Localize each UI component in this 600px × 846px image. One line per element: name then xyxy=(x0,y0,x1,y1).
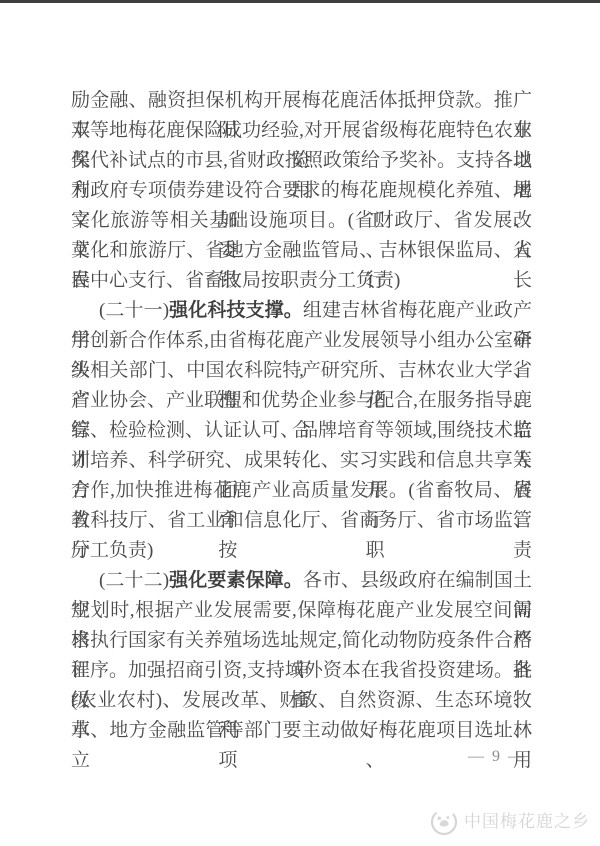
section-number: (二十二) xyxy=(99,570,169,591)
text-line: 格执行国家有关养殖场选址规定,简化动物防疫条件合格证审批 xyxy=(71,626,532,656)
text-line: 方政府专项债券建设符合要求的梅花鹿规模化养殖、屠宰加工、 xyxy=(71,176,532,206)
section-number: (二十一) xyxy=(99,300,169,321)
text-line: 丰等地梅花鹿保险成功经验,对开展省级梅花鹿特色农业保险以 xyxy=(71,116,532,146)
text-line: (二十一)强化科技支撑。组建吉林省梅花鹿产业政产学研 xyxy=(71,296,532,326)
text-line: 级相关部门、中国农科院特产研究所、吉林农业大学、省梅花鹿 xyxy=(71,356,532,386)
page-number: — 9 — xyxy=(468,748,526,766)
watermark-text: 中国梅花鹿之乡 xyxy=(464,808,590,836)
text-line: 用创新合作体系,由省梅花鹿产业发展领导小组办公室牵头,省 xyxy=(71,326,532,356)
text-line: 才培养、科学研究、成果转化、实习实践和信息共享等方面开展 xyxy=(71,446,532,476)
section-heading: 强化科技支撑。 xyxy=(169,300,303,321)
text-line: (农业农村)、发展改革、财政、自然资源、生态环境、水利、林 xyxy=(71,686,532,716)
text-line: 文化旅游等相关基础设施项目。(省财政厅、省发展改革委、省 xyxy=(71,206,532,236)
page-top-border xyxy=(0,0,600,3)
text-line: 管、检验检测、认证认可、品牌培育等领域,围绕技术培训、人 xyxy=(71,416,532,446)
text-line: 草、地方金融监管等部门要主动做好梅花鹿项目选址、立项、用 xyxy=(71,716,532,746)
text-line: 奖代补试点的市县,省财政按照政策给予奖补。支持各地利用地 xyxy=(71,146,532,176)
text-line: 产业协会、产业联盟和优势企业参与配合,在服务指导、综合监 xyxy=(71,386,532,416)
document-text: 励金融、融资担保机构开展梅花鹿活体抵押贷款。推广双阳、东丰等地梅花鹿保险成功经验… xyxy=(71,86,532,746)
text-line: 励金融、融资担保机构开展梅花鹿活体抵押贷款。推广双阳、东 xyxy=(71,86,532,116)
text-line: 合作,加快推进梅花鹿产业高质量发展。(省畜牧局、省教育厅、 xyxy=(71,476,532,506)
text-line: 规划时,根据产业发展需要,保障梅花鹿产业发展空间需求。严 xyxy=(71,596,532,626)
watermark: 中国梅花鹿之乡 xyxy=(430,808,590,836)
text-line: 文化和旅游厅、省地方金融监管局、吉林银保监局、人民银行长 xyxy=(71,236,532,266)
section-heading: 强化要素保障。 xyxy=(169,570,303,591)
text-line: 省科技厅、省工业和信息化厅、省商务厅、省市场监管厅按职责 xyxy=(71,506,532,536)
text-line: (二十二)强化要素保障。各市、县级政府在编制国土空间 xyxy=(71,566,532,596)
document-page: 励金融、融资担保机构开展梅花鹿活体抵押贷款。推广双阳、东丰等地梅花鹿保险成功经验… xyxy=(0,0,600,846)
text-line: 程序。加强招商引资,支持域外资本在我省投资建场。各级畜牧 xyxy=(71,656,532,686)
deer-badge-icon xyxy=(430,808,458,836)
